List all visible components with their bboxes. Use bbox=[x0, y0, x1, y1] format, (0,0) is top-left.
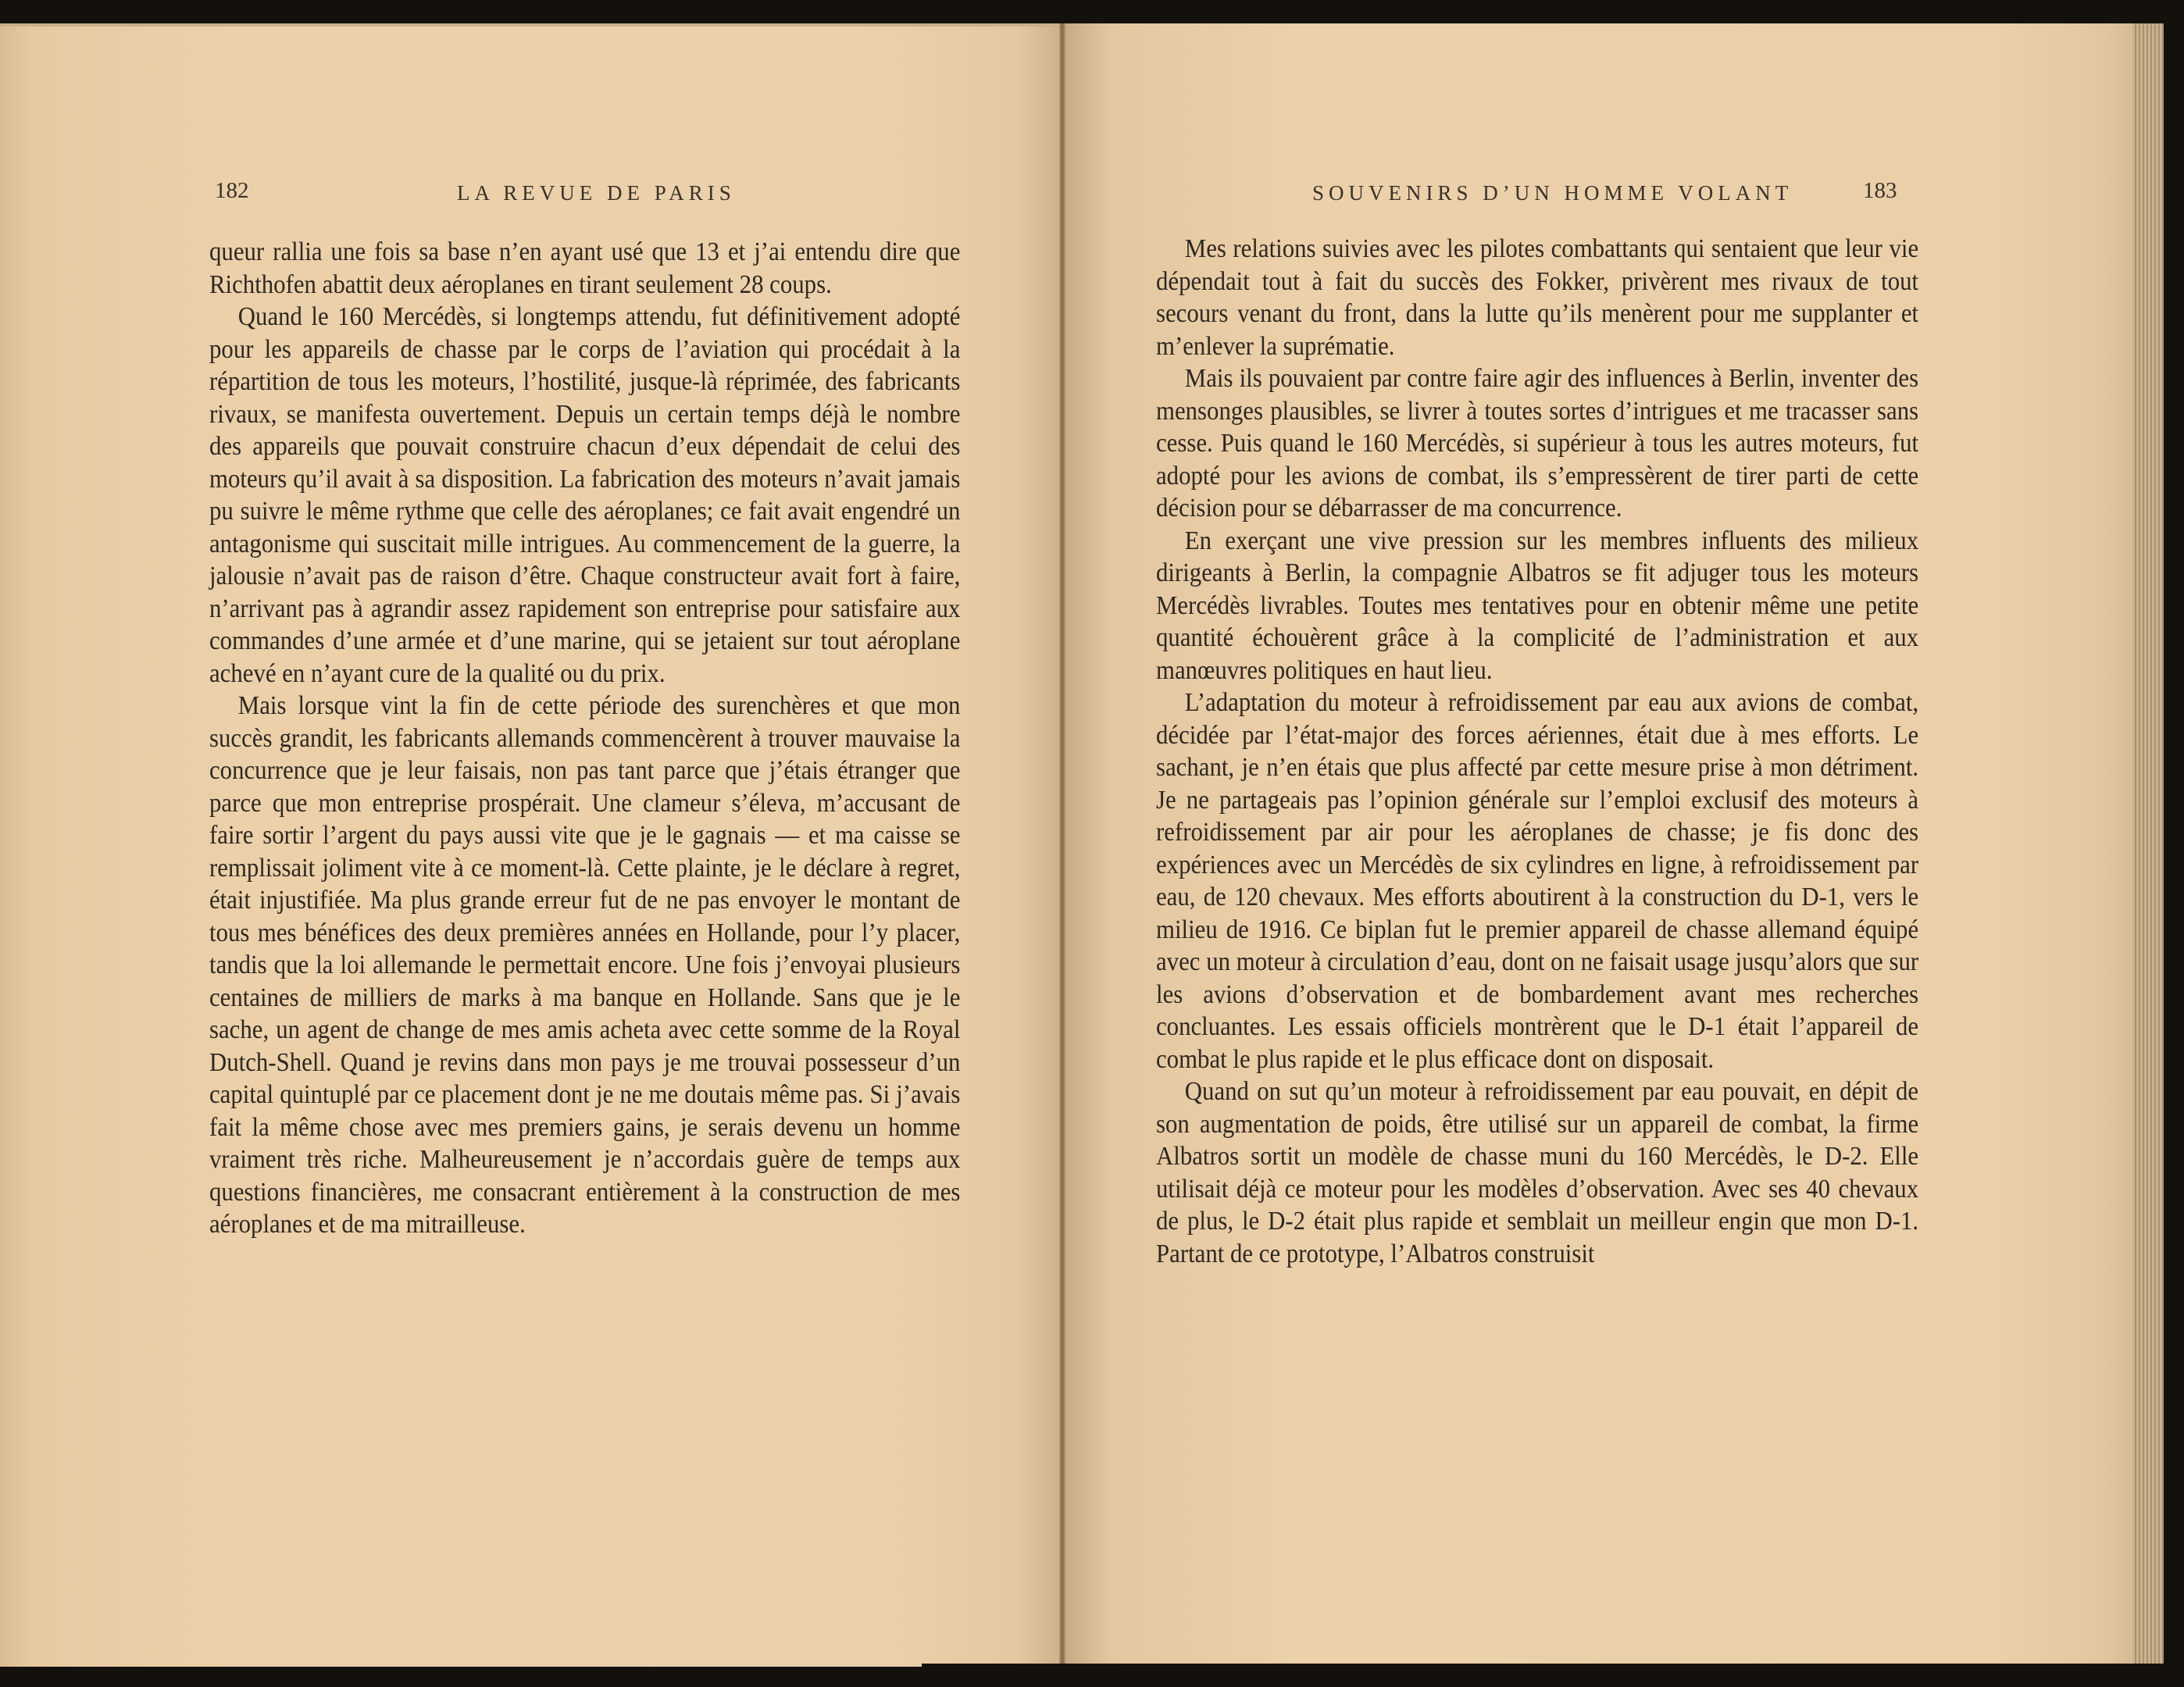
left-page-text: queur rallia une fois sa base n’en ayant… bbox=[209, 236, 960, 1241]
right-page-text: Mes relations suivies avec les pilotes c… bbox=[1156, 233, 1918, 1270]
paragraph: En exerçant une vive pression sur les me… bbox=[1156, 525, 1918, 687]
paragraph: queur rallia une fois sa base n’en ayant… bbox=[209, 236, 960, 301]
left-page-number: 182 bbox=[215, 178, 249, 204]
page-edges bbox=[2132, 23, 2164, 1664]
paragraph: Mes relations suivies avec les pilotes c… bbox=[1156, 233, 1918, 362]
paragraph: Mais lorsque vint la fin de cette périod… bbox=[209, 690, 960, 1241]
book-spread: 182 LA REVUE DE PARIS SOUVENIRS D’UN HOM… bbox=[0, 0, 2184, 1687]
paragraph: Quand on sut qu’un moteur à refroidissem… bbox=[1156, 1075, 1918, 1270]
paragraph: L’adaptation du moteur à refroidissement… bbox=[1156, 687, 1918, 1075]
paragraph: Quand le 160 Mercédès, si longtemps atte… bbox=[209, 301, 960, 690]
right-page-number: 183 bbox=[1863, 178, 1897, 204]
right-running-header: SOUVENIRS D’UN HOMME VOLANT bbox=[1312, 181, 1793, 212]
paragraph: Mais ils pouvaient par contre faire agir… bbox=[1156, 362, 1918, 525]
spine-shadow bbox=[922, 1664, 1250, 1687]
left-running-header: LA REVUE DE PARIS bbox=[457, 181, 736, 212]
book-gutter bbox=[1059, 23, 1065, 1664]
